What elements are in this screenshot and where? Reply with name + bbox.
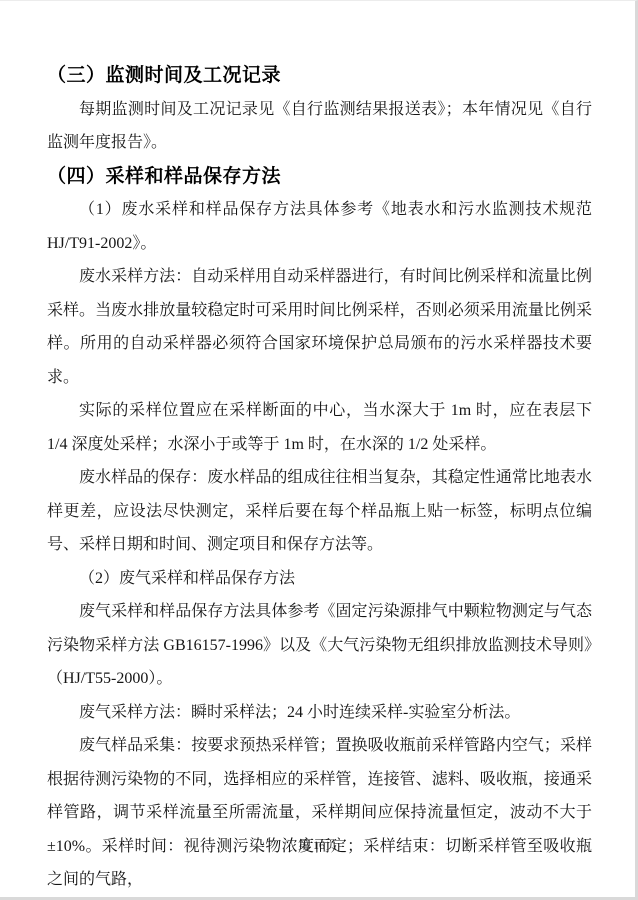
paragraph-sampling-position: 实际的采样位置应在采样断面的中心，当水深大于 1m 时，应在表层下 1/4 深度…: [47, 394, 592, 461]
paragraph-gas-method: 废气采样方法：瞬时采样法；24 小时连续采样-实验室分析法。: [47, 696, 592, 730]
document-page: （三）监测时间及工况记录 每期监测时间及工况记录见《自行监测结果报送表》；本年情…: [0, 0, 638, 900]
document-body: （三）监测时间及工况记录 每期监测时间及工况记录见《自行监测结果报送表》；本年情…: [47, 59, 592, 897]
paragraph-gas-reference: 废气采样和样品保存方法具体参考《固定污染源排气中颗粒物测定与气态污染物采样方法 …: [47, 595, 592, 696]
paragraph-wastewater-method: 废水采样方法：自动采样用自动采样器进行，有时间比例采样和流量比例采样。当废水排放…: [47, 260, 592, 394]
paragraph-wastewater-reference: （1）废水采样和样品保存方法具体参考《地表水和污水监测技术规范 HJ/T91-2…: [47, 193, 592, 260]
paragraph-monitoring-record: 每期监测时间及工况记录见《自行监测结果报送表》；本年情况见《自行监测年度报告》。: [47, 93, 592, 160]
page-number: 第 16页: [0, 836, 635, 853]
paragraph-gas-collection: 废气样品采集：按要求预热采样管；置换吸收瓶前采样管路内空气；采样根据待测污染物的…: [47, 729, 592, 897]
paragraph-gas-sampling-title: （2）废气采样和样品保存方法: [47, 562, 592, 596]
heading-sampling-preservation: （四）采样和样品保存方法: [47, 160, 592, 194]
heading-monitoring-time-record: （三）监测时间及工况记录: [47, 59, 592, 93]
paragraph-sample-preservation: 废水样品的保存：废水样品的组成往往相当复杂，其稳定性通常比地表水样更差，应设法尽…: [47, 461, 592, 562]
